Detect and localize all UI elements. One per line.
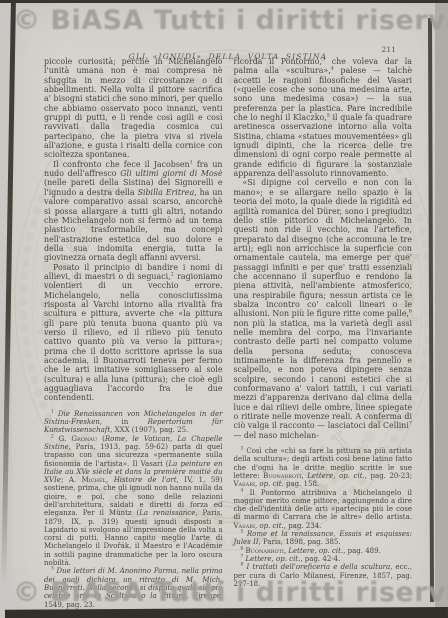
paragraph: piccole curiosità; perchè in Michelangel… xyxy=(44,57,223,160)
right-column-body: ricorda il Pontormo,3 che voleva dar la … xyxy=(234,57,413,440)
text-columns: piccole curiosità; perchè in Michelangel… xyxy=(44,57,412,609)
watermark-top: © BiASA Tutti i diritti riservati xyxy=(13,5,448,36)
page-edge-bottom xyxy=(5,607,448,618)
footnote: 2 G. Gronau (Rome, le Vatican, La Chapel… xyxy=(44,435,223,568)
right-scan-margin xyxy=(435,0,448,618)
footnote: 4 Il Pontormo attribuiva a Michelangelo … xyxy=(234,489,413,530)
paragraph: Il confronto che fece il Jacobsen1 fra u… xyxy=(44,160,223,263)
page-edge-top xyxy=(0,0,448,3)
paragraph: Posato il principio di bandire i nomi di… xyxy=(44,263,223,403)
scanned-book-page: O·CHRISTLM2207OŠDE GLI «IGNUDI» DELLA VO… xyxy=(0,0,448,618)
right-column-footnotes: 3 Così che «chi sa fare la pittura sa pi… xyxy=(234,447,413,588)
footnote: 7 Lettere, op. cit., pag. 42-4. xyxy=(234,555,413,563)
left-column: piccole curiosità; perchè in Michelangel… xyxy=(44,57,223,609)
footnote: 3 Così che «chi sa fare la pittura sa pi… xyxy=(234,447,413,488)
footnote: 5 Rome et la renaissance, Essais et esqu… xyxy=(234,530,413,547)
right-column: ricorda il Pontormo,3 che voleva dar la … xyxy=(234,57,413,609)
footnote: 6 Buonarroti, Lettere, op. cit., pag. 48… xyxy=(234,547,413,555)
page-number: 211 xyxy=(382,45,397,54)
paragraph: «Si dipigne col cervello e non con la ma… xyxy=(234,178,413,440)
watermark-bottom: © BiASA Tutti i diritti riservati xyxy=(13,577,448,608)
left-column-body: piccole curiosità; perchè in Michelangel… xyxy=(44,57,223,403)
footnote: 1 Die Renaissancen von Michelangelos in … xyxy=(44,410,223,435)
paragraph: ricorda il Pontormo,3 che voleva dar la … xyxy=(234,57,413,178)
